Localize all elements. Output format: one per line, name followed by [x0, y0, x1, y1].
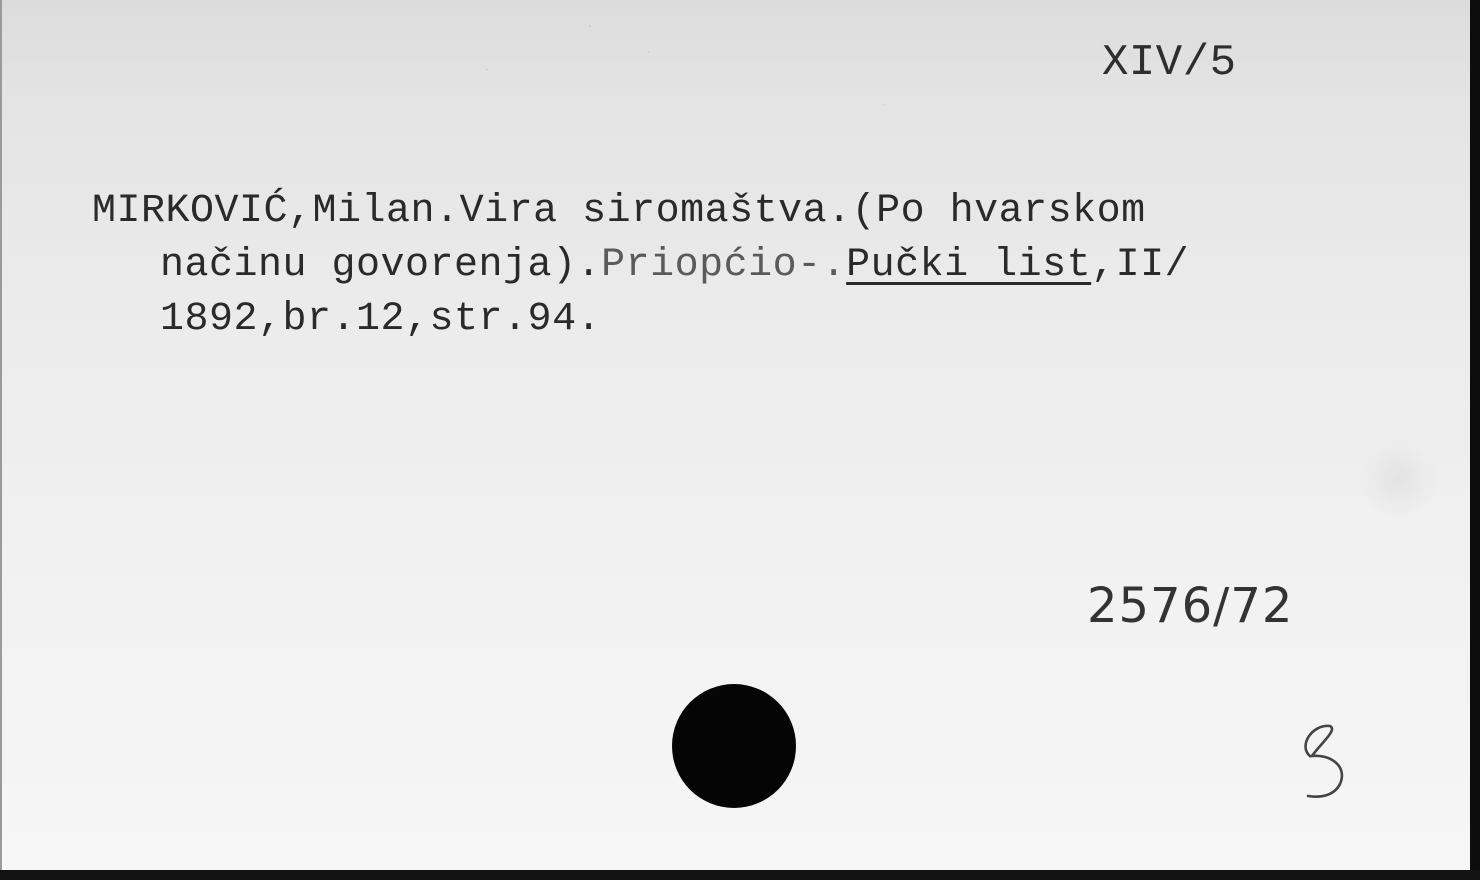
call-number: XIV/5	[1102, 38, 1237, 88]
contributor-note: Priopćio-.	[601, 243, 846, 288]
entry-line-3: 1892,br.12,str.94.	[160, 294, 601, 346]
entry-line-2: načinu govorenja).Priopćio-.Pučki list,I…	[160, 240, 1189, 292]
author-name: MIRKOVIĆ,Milan.	[92, 189, 460, 234]
periodical-title: Pučki list	[846, 243, 1091, 288]
volume-number: ,II/	[1091, 243, 1189, 288]
catalog-card: XIV/5 MIRKOVIĆ,Milan.Vira siromaštva.(Po…	[0, 0, 1472, 870]
scan-border-right	[1470, 0, 1480, 880]
punch-hole-icon	[672, 684, 796, 808]
citation-details: 1892,br.12,str.94.	[160, 297, 601, 342]
scan-border-bottom	[0, 870, 1480, 880]
title-paren-end: načinu govorenja).	[160, 243, 601, 288]
handwritten-mark-3	[1290, 716, 1360, 806]
accession-number: 2576/72	[1087, 578, 1293, 634]
entry-line-1: MIRKOVIĆ,Milan.Vira siromaštva.(Po hvars…	[92, 186, 1146, 238]
title-start: Vira siromaštva.	[460, 189, 852, 234]
title-paren-start: (Po hvarskom	[852, 189, 1146, 234]
